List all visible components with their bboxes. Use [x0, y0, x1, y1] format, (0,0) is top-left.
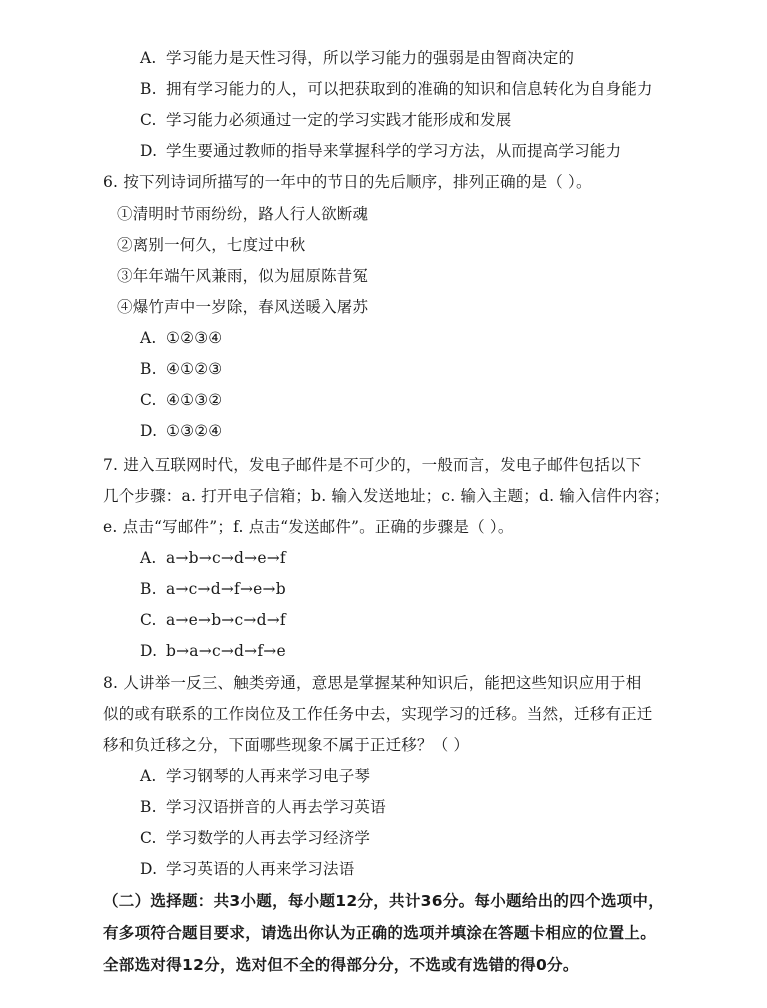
q5-option-c: C.学习能力必须通过一定的学习实践才能形成和发展: [140, 110, 511, 130]
q6-option-c: C.④①③②: [140, 390, 222, 410]
option-text: ④①③②: [166, 391, 222, 409]
option-text: 学习英语的人再来学习法语: [166, 860, 354, 878]
option-text: 学习汉语拼音的人再去学习英语: [166, 798, 386, 816]
q7-option-c: C.a→e→b→c→d→f: [140, 610, 286, 630]
option-label: C.: [140, 390, 166, 410]
option-text: b→a→c→d→f→e: [166, 642, 286, 660]
q6-poem-4: ④爆竹声中一岁除，春风送暖入屠苏: [117, 297, 368, 317]
option-label: D.: [140, 421, 166, 441]
option-text: 学生要通过教师的指导来掌握科学的学习方法，从而提高学习能力: [166, 142, 621, 160]
option-text: ④①②③: [166, 360, 222, 378]
q6-poem-1: ①清明时节雨纷纷，路人行人欲断魂: [117, 204, 368, 224]
option-label: B.: [140, 579, 166, 599]
q8-option-a: A.学习钢琴的人再来学习电子琴: [140, 766, 370, 786]
option-text: a→b→c→d→e→f: [166, 549, 286, 567]
option-label: B.: [140, 797, 166, 817]
q6-option-b: B.④①②③: [140, 359, 222, 379]
option-label: D.: [140, 859, 166, 879]
option-label: C.: [140, 110, 166, 130]
q6-option-a: A.①②③④: [140, 328, 222, 348]
option-text: 学习能力是天性习得，所以学习能力的强弱是由智商决定的: [166, 49, 574, 67]
option-text: a→e→b→c→d→f: [166, 611, 286, 629]
q6-option-d: D.①③②④: [140, 421, 222, 441]
option-text: a→c→d→f→e→b: [166, 580, 286, 598]
q8-option-c: C.学习数学的人再去学习经济学: [140, 828, 370, 848]
section-2-heading-line-3: 全部选对得12分，选对但不全的得部分分，不选或有选错的得0分。: [103, 955, 579, 975]
q7-stem-line-1: 7. 进入互联网时代，发电子邮件是不可少的，一般而言，发电子邮件包括以下: [103, 455, 641, 475]
q7-stem-line-3: e. 点击“写邮件”；f. 点击“发送邮件”。正确的步骤是（ ）。: [103, 517, 514, 537]
q5-option-d: D.学生要通过教师的指导来掌握科学的学习方法，从而提高学习能力: [140, 141, 621, 161]
q7-option-b: B.a→c→d→f→e→b: [140, 579, 286, 599]
q8-stem-line-1: 8. 人讲举一反三、触类旁通，意思是掌握某种知识后，能把这些知识应用于相: [103, 673, 641, 693]
q5-option-b: B.拥有学习能力的人，可以把获取到的准确的知识和信息转化为自身能力: [140, 79, 653, 99]
q6-poem-2: ②离别一何久，七度过中秋: [117, 235, 305, 255]
q7-option-d: D.b→a→c→d→f→e: [140, 641, 286, 661]
option-text: 学习钢琴的人再来学习电子琴: [166, 767, 370, 785]
section-2-heading-line-1: （二）选择题：共3小题，每小题12分，共计36分。每小题给出的四个选项中，: [103, 891, 664, 911]
option-text: 学习数学的人再去学习经济学: [166, 829, 370, 847]
q7-stem-line-2: 几个步骤：a. 打开电子信箱；b. 输入发送地址；c. 输入主题；d. 输入信件…: [103, 486, 669, 506]
option-label: B.: [140, 79, 166, 99]
option-text: 拥有学习能力的人，可以把获取到的准确的知识和信息转化为自身能力: [166, 80, 653, 98]
option-label: C.: [140, 828, 166, 848]
option-label: C.: [140, 610, 166, 630]
option-text: ①②③④: [166, 329, 222, 347]
q7-option-a: A.a→b→c→d→e→f: [140, 548, 286, 568]
section-2-heading-line-2: 有多项符合题目要求，请选出你认为正确的选项并填涂在答题卡相应的位置上。: [103, 923, 656, 943]
document-page: A.学习能力是天性习得，所以学习能力的强弱是由智商决定的 B.拥有学习能力的人，…: [0, 0, 767, 1008]
option-label: D.: [140, 641, 166, 661]
q6-stem: 6. 按下列诗词所描写的一年中的节日的先后顺序，排列正确的是（ ）。: [103, 172, 592, 192]
option-text: ①③②④: [166, 422, 222, 440]
option-label: A.: [140, 548, 166, 568]
q8-option-b: B.学习汉语拼音的人再去学习英语: [140, 797, 386, 817]
q8-option-d: D.学习英语的人再来学习法语: [140, 859, 354, 879]
option-text: 学习能力必须通过一定的学习实践才能形成和发展: [166, 111, 511, 129]
option-label: A.: [140, 48, 166, 68]
q5-option-a: A.学习能力是天性习得，所以学习能力的强弱是由智商决定的: [140, 48, 574, 68]
option-label: A.: [140, 766, 166, 786]
option-label: A.: [140, 328, 166, 348]
option-label: B.: [140, 359, 166, 379]
q6-poem-3: ③年年端午风兼雨，似为屈原陈昔冤: [117, 266, 368, 286]
option-label: D.: [140, 141, 166, 161]
q8-stem-line-3: 移和负迁移之分，下面哪些现象不属于正迁移？（ ）: [103, 735, 469, 755]
q8-stem-line-2: 似的或有联系的工作岗位及工作任务中去，实现学习的迁移。当然，迁移有正迁: [103, 704, 653, 724]
